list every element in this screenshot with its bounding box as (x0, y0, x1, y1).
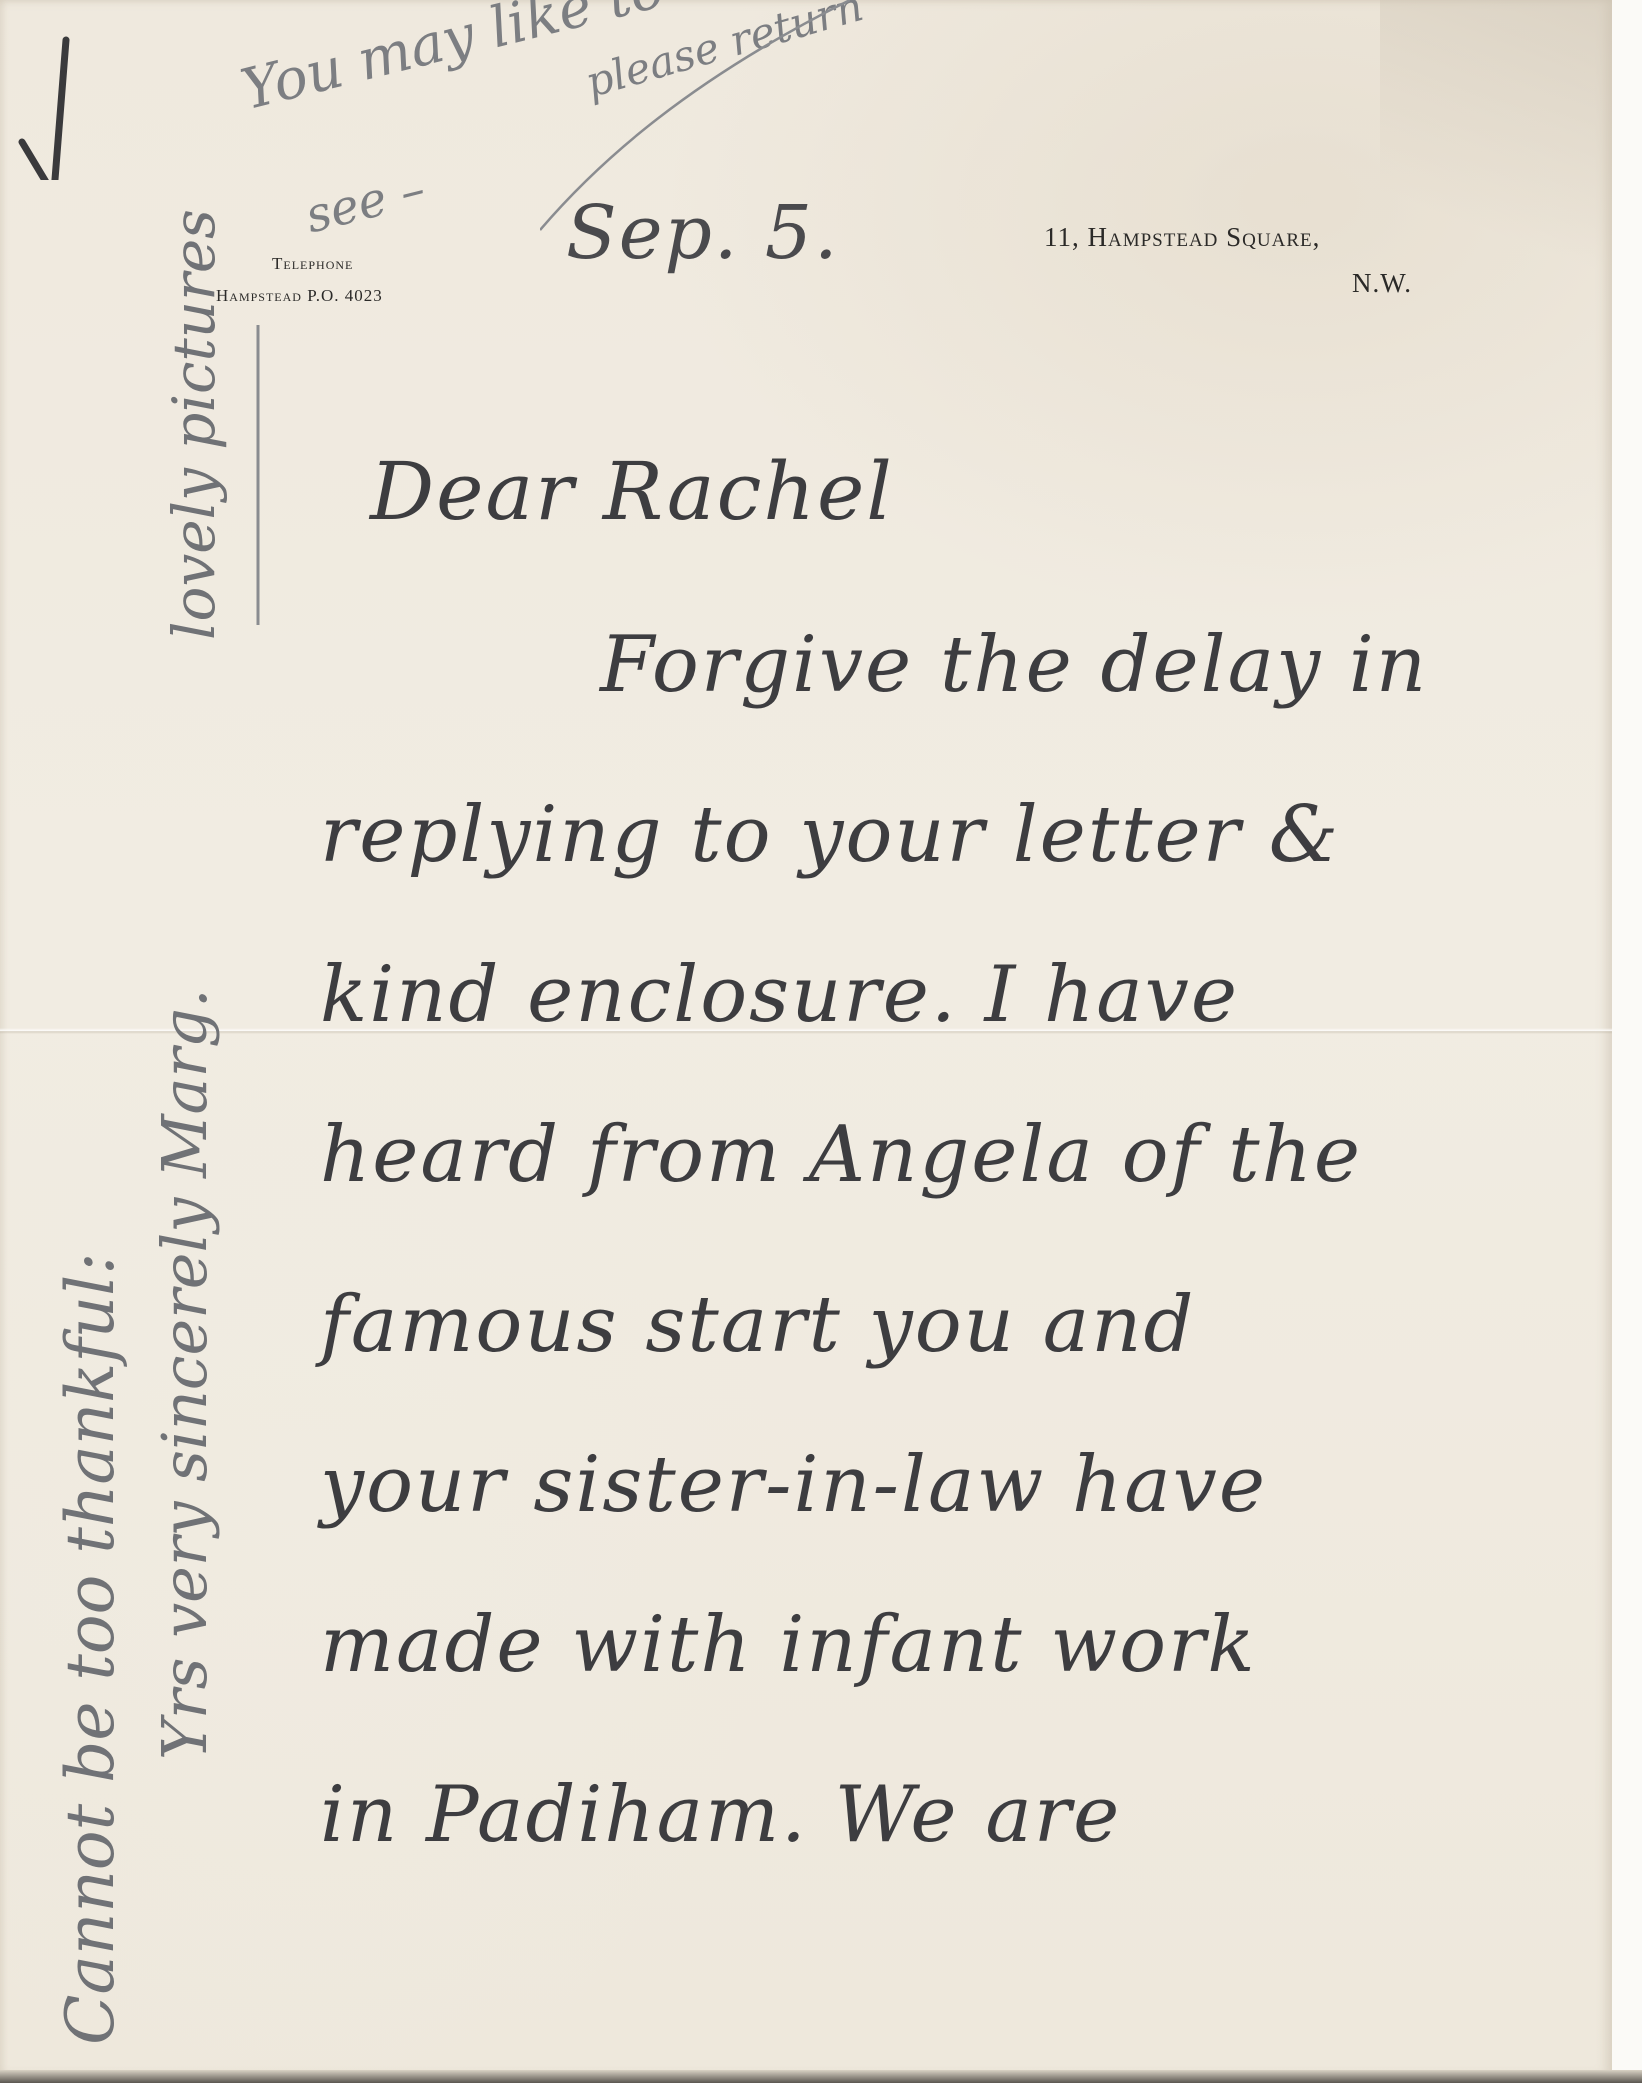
letterhead-telephone-number: Hampstead P.O. 4023 (216, 286, 383, 306)
margin-note-thankful: Cannot be too thankful: (52, 1252, 129, 2045)
scan-background-edge (1612, 0, 1642, 2083)
letter-salutation: Dear Rachel (370, 445, 894, 538)
check-mark-icon (14, 30, 84, 180)
letterhead-address-line2: N.W. (1352, 268, 1412, 299)
letter-body-line: your sister-in-law have (320, 1440, 1267, 1530)
letterhead-address-line1: 11, Hampstead Square, (1044, 222, 1320, 253)
letter-body-line: replying to your letter & (320, 790, 1340, 880)
letter-body-line: Forgive the delay in (600, 620, 1428, 710)
annotation-see: see – (300, 161, 431, 245)
letter-body-line: in Padiham. We are (320, 1770, 1121, 1860)
scan-bottom-shadow (0, 2070, 1642, 2083)
letter-body-line: heard from Angela of the (320, 1110, 1362, 1200)
letter-body-line: made with infant work (320, 1600, 1257, 1690)
margin-pen-rule (256, 325, 260, 625)
letter-date: Sep. 5. (566, 190, 840, 276)
margin-note-pictures: lovely pictures (160, 209, 228, 640)
letter-page: Telephone Hampstead P.O. 4023 11, Hampst… (0, 0, 1614, 2076)
margin-note-signoff: Yrs very sincerely Marg. (148, 988, 221, 1760)
letter-body-line: famous start you and (320, 1280, 1195, 1370)
letter-body-line: kind enclosure. I have (320, 950, 1239, 1040)
letterhead-telephone-label: Telephone (272, 254, 353, 274)
paper-shading (1380, 0, 1612, 340)
